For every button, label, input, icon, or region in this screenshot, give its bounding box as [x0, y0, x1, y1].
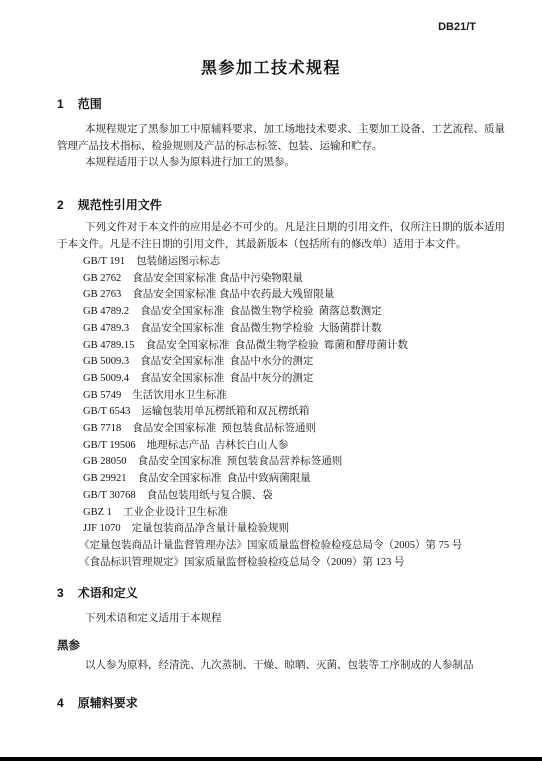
reference-item: GB 4789.2食品安全国家标准 食品微生物学检验 菌落总数测定: [83, 304, 512, 321]
reference-code: GB 4789.15: [83, 338, 134, 355]
reference-item: GB/T 30768食品包装用纸与复合膜、袋: [83, 488, 512, 505]
section-4-number: 4: [57, 696, 64, 710]
reference-title: 食品安全国家标准 食品中致病菌限量: [137, 473, 310, 484]
reference-item: GB 2762食品安全国家标准 食品中污染物限量: [83, 271, 512, 288]
reference-title: 食品安全国家标准 食品微生物学检验 霉菌和酵母菌计数: [145, 340, 408, 351]
document-page: DB21/T 黑参加工技术规程 1范围 本规程规定了黑参加工中原辅料要求、加工场…: [0, 0, 542, 766]
reference-item: GBZ 1工业企业设计卫生标准: [83, 505, 512, 522]
section-2-number: 2: [57, 198, 64, 212]
reference-item: GB 7718食品安全国家标准 预包装食品标签通则: [83, 421, 512, 438]
reference-code: GBZ 1: [83, 505, 112, 522]
reference-code: GB 5009.4: [83, 371, 129, 388]
term-definition-text: 以人参为原料，经清洗、九次蒸制、干燥、晾晒、灭菌、包装等工序制成的人参制品: [57, 658, 512, 675]
section-2-label: 规范性引用文件: [78, 196, 162, 213]
doc-code: DB21/T: [0, 21, 476, 33]
section-2-heading: 2规范性引用文件: [57, 196, 512, 213]
term-name: 黑参: [57, 637, 512, 653]
section-1-heading: 1范围: [57, 95, 512, 112]
reference-item: GB 4789.15食品安全国家标准 食品微生物学检验 霉菌和酵母菌计数: [83, 338, 512, 355]
reference-code: GB 7718: [83, 421, 121, 438]
section-1-number: 1: [57, 97, 64, 111]
section-1-body: 本规程规定了黑参加工中原辅料要求、加工场地技术要求、主要加工设备、工艺流程、质量…: [57, 122, 512, 172]
section-4-heading: 4原辅料要求: [57, 694, 512, 711]
reference-title: 食品包装用纸与复合膜、袋: [147, 490, 273, 501]
normative-references-list: GB/T 191包装储运图示标志 GB 2762食品安全国家标准 食品中污染物限…: [57, 254, 512, 571]
reference-code: GB 5749: [83, 388, 121, 405]
reference-code: GB 4789.2: [83, 304, 129, 321]
reference-item: GB/T 19506地理标志产品 吉林长白山人参: [83, 438, 512, 455]
reference-item: GB/T 191包装储运图示标志: [83, 254, 512, 271]
reference-code: JJF 1070: [83, 521, 121, 538]
reference-title: 定量包装商品净含量计量检验规则: [132, 523, 290, 534]
reference-title: 运输包装用单瓦楞纸箱和双瓦楞纸箱: [141, 406, 309, 417]
reference-code: GB 28050: [83, 454, 126, 471]
reference-title: 食品安全国家标准 食品微生物学检验 大肠菌群计数: [140, 323, 382, 334]
reference-title: 食品安全国家标准 食品中农药最大残留限量: [132, 289, 334, 300]
reference-title: 食品安全国家标准 预包装食品营养标签通则: [137, 456, 342, 467]
reference-code: GB 2763: [83, 287, 121, 304]
reference-code: GB/T 191: [83, 254, 125, 271]
reference-code: GB/T 6543: [83, 404, 130, 421]
reference-title: 食品安全国家标准 预包装食品标签通则: [132, 423, 316, 434]
reference-item: GB 4789.3食品安全国家标准 食品微生物学检验 大肠菌群计数: [83, 321, 512, 338]
reference-item: GB 2763食品安全国家标准 食品中农药最大残留限量: [83, 287, 512, 304]
page-bottom-rule: [0, 757, 542, 761]
reference-code: GB/T 30768: [83, 488, 136, 505]
reference-item: GB/T 6543运输包装用单瓦楞纸箱和双瓦楞纸箱: [83, 404, 512, 421]
reference-code: GB 29921: [83, 471, 126, 488]
reference-item: GB 28050食品安全国家标准 预包装食品营养标签通则: [83, 454, 512, 471]
reference-code: GB 4789.3: [83, 321, 129, 338]
regulation-item: 《定量包装商品计量监督管理办法》国家质量监督检验检疫总局令（2005）第 75 …: [79, 538, 512, 555]
section-1-label: 范围: [78, 95, 102, 112]
scope-paragraph-2: 本规程适用于以人参为原料进行加工的黑参。: [57, 155, 512, 172]
doc-title: 黑参加工技术规程: [0, 55, 542, 78]
terms-intro-text: 下列术语和定义适用于本规程: [57, 611, 512, 628]
reference-title: 食品安全国家标准 食品微生物学检验 菌落总数测定: [140, 306, 382, 317]
reference-title: 地理标志产品 吉林长白山人参: [147, 440, 289, 451]
reference-item: GB 29921食品安全国家标准 食品中致病菌限量: [83, 471, 512, 488]
reference-rows: GB/T 191包装储运图示标志 GB 2762食品安全国家标准 食品中污染物限…: [57, 254, 512, 538]
term-definition-block: 以人参为原料，经清洗、九次蒸制、干燥、晾晒、灭菌、包装等工序制成的人参制品: [57, 658, 512, 675]
reference-title: 食品安全国家标准 食品中水分的测定: [140, 356, 313, 367]
section-3-heading: 3术语和定义: [57, 584, 512, 601]
reference-code: GB 2762: [83, 271, 121, 288]
reference-code: GB/T 19506: [83, 438, 136, 455]
reference-item: GB 5009.3食品安全国家标准 食品中水分的测定: [83, 354, 512, 371]
reference-title: 包装储运图示标志: [136, 256, 220, 267]
reference-item: JJF 1070定量包装商品净含量计量检验规则: [83, 521, 512, 538]
reference-title: 食品安全国家标准 食品中灰分的测定: [140, 373, 313, 384]
section-3-number: 3: [57, 586, 64, 600]
references-intro-paragraph: 下列文件对于本文件的应用是必不可少的。凡是注日期的引用文件，仅所注日期的版本适用…: [57, 220, 512, 253]
section-3-label: 术语和定义: [78, 584, 138, 601]
reference-title: 食品安全国家标准 食品中污染物限量: [132, 273, 303, 284]
reference-item: GB 5009.4食品安全国家标准 食品中灰分的测定: [83, 371, 512, 388]
terms-intro: 下列术语和定义适用于本规程: [57, 611, 512, 628]
scope-paragraph-1: 本规程规定了黑参加工中原辅料要求、加工场地技术要求、主要加工设备、工艺流程、质量…: [57, 122, 512, 155]
reference-code: GB 5009.3: [83, 354, 129, 371]
section-4-label: 原辅料要求: [78, 694, 138, 711]
section-2-intro: 下列文件对于本文件的应用是必不可少的。凡是注日期的引用文件，仅所注日期的版本适用…: [57, 220, 512, 253]
regulation-rows: 《定量包装商品计量监督管理办法》国家质量监督检验检疫总局令（2005）第 75 …: [57, 538, 512, 571]
reference-title: 生活饮用水卫生标准: [132, 390, 227, 401]
reference-item: GB 5749生活饮用水卫生标准: [83, 388, 512, 405]
regulation-item: 《食品标识管理规定》国家质量监督检验检疫总局令（2009）第 123 号: [79, 555, 512, 572]
reference-title: 工业企业设计卫生标准: [123, 507, 228, 518]
